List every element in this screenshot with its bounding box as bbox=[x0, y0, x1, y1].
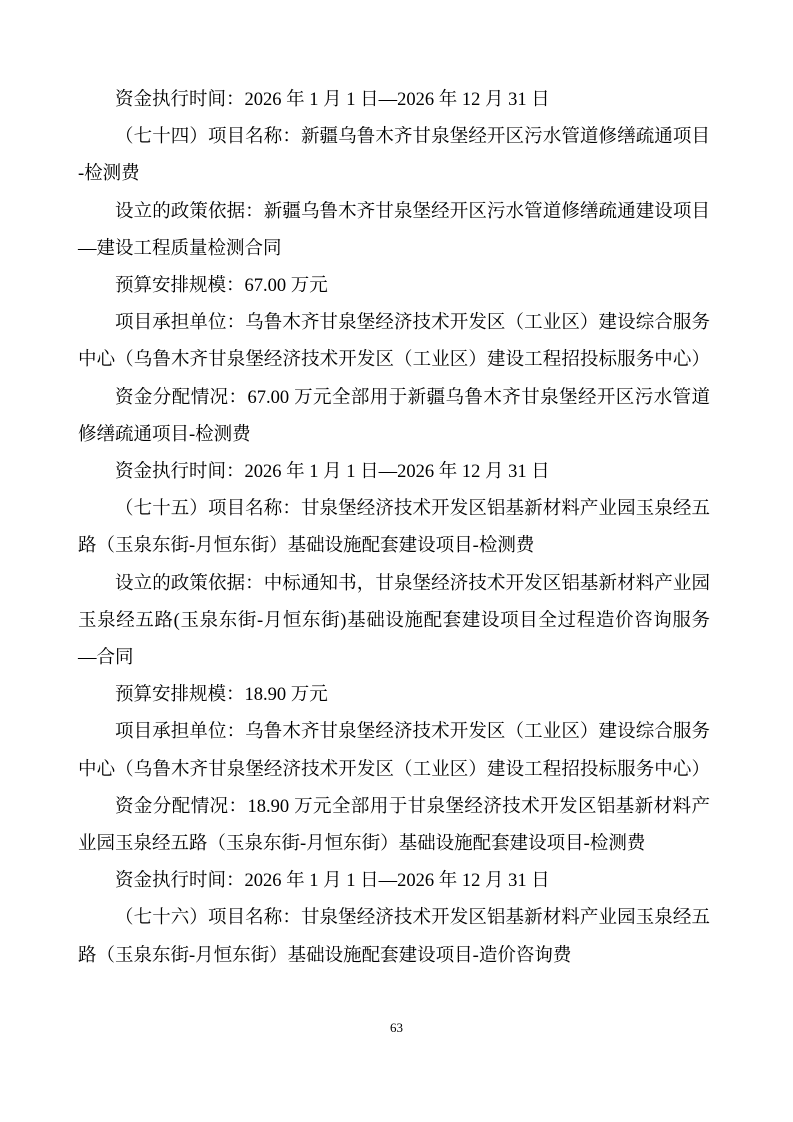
text-line: （七十五）项目名称：甘泉堡经济技术开发区铝基新材料产业园玉泉经五 bbox=[78, 491, 710, 528]
text-line: 项目承担单位：乌鲁木齐甘泉堡经济技术开发区（工业区）建设综合服务 bbox=[78, 305, 710, 342]
text-line: 预算安排规模：67.00 万元 bbox=[78, 268, 710, 305]
text-line: —合同 bbox=[78, 640, 710, 677]
text-line: 中心（乌鲁木齐甘泉堡经济技术开发区（工业区）建设工程招投标服务中心） bbox=[78, 752, 710, 789]
text-line: 中心（乌鲁木齐甘泉堡经济技术开发区（工业区）建设工程招投标服务中心） bbox=[78, 342, 710, 379]
text-line: 项目承担单位：乌鲁木齐甘泉堡经济技术开发区（工业区）建设综合服务 bbox=[78, 714, 710, 751]
text-line: （七十四）项目名称：新疆乌鲁木齐甘泉堡经开区污水管道修缮疏通项目 bbox=[78, 119, 710, 156]
text-line: 资金执行时间：2026 年 1 月 1 日—2026 年 12 月 31 日 bbox=[78, 863, 710, 900]
text-line: 路（玉泉东街-月恒东街）基础设施配套建设项目-造价咨询费 bbox=[78, 938, 710, 975]
document-body: 资金执行时间：2026 年 1 月 1 日—2026 年 12 月 31 日（七… bbox=[78, 82, 710, 975]
text-line: 设立的政策依据：新疆乌鲁木齐甘泉堡经开区污水管道修缮疏通建设项目 bbox=[78, 194, 710, 231]
text-line: 修缮疏通项目-检测费 bbox=[78, 417, 710, 454]
text-line: 玉泉经五路(玉泉东街-月恒东街)基础设施配套建设项目全过程造价咨询服务 bbox=[78, 603, 710, 640]
text-line: -检测费 bbox=[78, 156, 710, 193]
text-line: —建设工程质量检测合同 bbox=[78, 231, 710, 268]
text-line: 资金执行时间：2026 年 1 月 1 日—2026 年 12 月 31 日 bbox=[78, 454, 710, 491]
text-line: 预算安排规模：18.90 万元 bbox=[78, 677, 710, 714]
text-line: 资金分配情况：67.00 万元全部用于新疆乌鲁木齐甘泉堡经开区污水管道 bbox=[78, 380, 710, 417]
page-number: 63 bbox=[0, 1019, 793, 1037]
text-line: 路（玉泉东街-月恒东街）基础设施配套建设项目-检测费 bbox=[78, 528, 710, 565]
document-page: 资金执行时间：2026 年 1 月 1 日—2026 年 12 月 31 日（七… bbox=[0, 0, 793, 1122]
text-line: 设立的政策依据：中标通知书，甘泉堡经济技术开发区铝基新材料产业园 bbox=[78, 566, 710, 603]
text-line: （七十六）项目名称：甘泉堡经济技术开发区铝基新材料产业园玉泉经五 bbox=[78, 900, 710, 937]
text-line: 资金执行时间：2026 年 1 月 1 日—2026 年 12 月 31 日 bbox=[78, 82, 710, 119]
text-line: 业园玉泉经五路（玉泉东街-月恒东街）基础设施配套建设项目-检测费 bbox=[78, 826, 710, 863]
text-line: 资金分配情况：18.90 万元全部用于甘泉堡经济技术开发区铝基新材料产 bbox=[78, 789, 710, 826]
